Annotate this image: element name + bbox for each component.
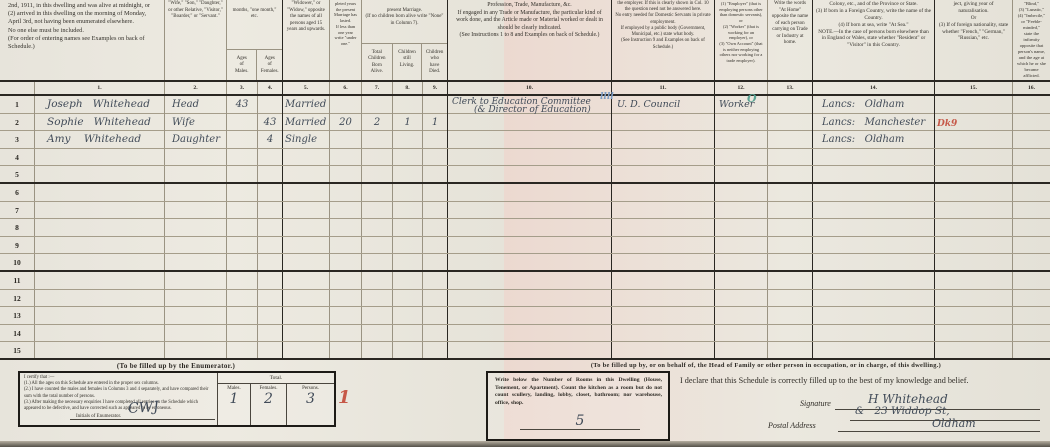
age-males-cell [227,114,258,131]
children-died-cell [423,202,448,219]
age-males-cell [227,290,258,307]
relationship-cell [165,254,227,270]
worker-status-cell [715,290,768,307]
worker-status-cell [715,184,768,201]
age-females-cell [258,254,283,270]
infirmity-cell [1013,114,1050,131]
worker-status-cell [715,325,768,342]
birthplace-cell [813,307,935,324]
row-number: 3 [0,131,35,148]
age-females-cell [258,307,283,324]
table-row: 8 [0,219,1050,237]
colnum-9: 9. [423,82,448,94]
name-cell: Sophie Whitehead [35,114,165,131]
relationship-cell [165,219,227,236]
children-living-cell [393,96,423,114]
col-header-14-birthplace: Colony, etc., and of the Province or Sta… [813,0,935,80]
birthplace-cell [813,342,935,358]
marital-status-cell [283,184,330,201]
enumerator-section-title: (To be filled up by the Enumerator.) [15,362,337,370]
age-males-cell [227,202,258,219]
age-males-cell [227,131,258,148]
birthplace-cell: Lancs: Oldham [813,131,935,148]
colnum-5: 5. [283,82,330,94]
name-cell [35,325,165,342]
worker-status-cell [715,272,768,289]
worker-status-cell [715,166,768,182]
occupation-cell [448,237,612,254]
occupation-cell [448,254,612,270]
at-home-cell [768,114,813,131]
age-males-cell [227,219,258,236]
children-born-cell [362,325,393,342]
children-died-cell [423,237,448,254]
age-females-cell: 4 [258,131,283,148]
birthplace-cell [813,325,935,342]
relationship-cell [165,237,227,254]
col-header-15-nationality: ject, giving year of naturalisation. Or … [935,0,1013,80]
children-living-cell [393,149,423,166]
row-number: 10 [0,254,35,270]
colnum-2: 2. [165,82,227,94]
infirmity-cell [1013,272,1050,289]
birthplace-cell [813,166,935,182]
children-born-cell [362,290,393,307]
colnum-7: 7. [362,82,393,94]
years-married-cell [330,149,362,166]
age-females-cell [258,202,283,219]
relationship-cell [165,290,227,307]
age-females-cell: 43 [258,114,283,131]
at-home-cell [768,342,813,358]
col-header-7-9-children: present Marriage. (If no children born a… [362,0,448,80]
marital-status-cell: Married [283,96,330,114]
children-died-cell [423,325,448,342]
persons-total: 3 [287,391,334,425]
employer-cell [612,131,715,148]
children-living-cell: 1 [393,114,423,131]
at-home-cell [768,131,813,148]
row-number: 13 [0,307,35,324]
col-header-3-4-ages: months, "one month," etc. Ages of Males.… [227,0,283,80]
name-cell [35,272,165,289]
at-home-cell [768,325,813,342]
table-row: 15 [0,342,1050,360]
name-cell [35,342,165,358]
marital-status-cell [283,166,330,182]
age-males-cell [227,342,258,358]
age-males-cell [227,166,258,182]
row-number: 15 [0,342,35,358]
marital-status-cell [283,342,330,358]
children-died-cell [423,219,448,236]
nationality-cell [935,96,1013,114]
children-died-cell: 1 [423,114,448,131]
years-married-cell [330,342,362,358]
marital-status-cell: Single [283,131,330,148]
colnum-12: 12. [715,82,768,94]
occupation-cell: Clerk to Education Committee(& Director … [448,96,612,114]
children-died-cell [423,290,448,307]
colnum-3: 3. [227,82,258,94]
nationality-cell [935,254,1013,270]
colnum-10: 10. [448,82,612,94]
birthplace-cell [813,290,935,307]
col-header-12-employment-status: (1) "Employer" (that is employing person… [715,0,768,80]
colnum-6: 6. [330,82,362,94]
age-females-cell [258,237,283,254]
employer-cell [612,307,715,324]
name-cell [35,166,165,182]
infirmity-cell [1013,131,1050,148]
children-born-cell [362,219,393,236]
persons-label: Persons. [287,384,334,391]
relationship-cell [165,184,227,201]
relationship-cell: Daughter [165,131,227,148]
col-header-10-profession: Profession, Trade, Manufacture, &c. If e… [448,0,612,80]
row-number: 2 [0,114,35,131]
nationality-cell [935,237,1013,254]
children-died-cell [423,131,448,148]
table-row: 12 [0,290,1050,308]
green-check-circle: O [747,92,757,105]
birthplace-cell [813,254,935,270]
nationality-cell [935,149,1013,166]
at-home-cell [768,237,813,254]
colnum-blank [0,82,35,94]
colnum-4: 4. [258,82,283,94]
colnum-14: 14. [813,82,935,94]
postal-address-rule [838,431,1040,432]
row-number: 5 [0,166,35,182]
row-number: 7 [0,202,35,219]
children-died-cell [423,184,448,201]
marital-status-cell [283,325,330,342]
infirmity-cell [1013,184,1050,201]
relationship-cell [165,272,227,289]
occupation-cell [448,342,612,358]
infirmity-cell [1013,290,1050,307]
infirmity-cell [1013,237,1050,254]
name-cell: Joseph Whitehead [35,96,165,114]
marital-status-cell [283,290,330,307]
employer-cell [612,325,715,342]
employer-cell [612,237,715,254]
birthplace-cell [813,184,935,201]
occupation-cell [448,114,612,131]
relationship-cell [165,166,227,182]
employer-cell [612,184,715,201]
children-living-cell [393,184,423,201]
children-living-cell [393,166,423,182]
employer-cell [612,219,715,236]
red-tally-one: 1 [338,387,351,408]
age-females-cell [258,184,283,201]
table-row: 9 [0,237,1050,255]
years-married-cell [330,237,362,254]
rooms-instruction-text: Write below the Number of Rooms in this … [488,373,668,407]
age-males-cell [227,254,258,270]
age-females-cell [258,96,283,114]
relationship-cell [165,325,227,342]
employer-cell: U. D. Council [612,96,715,114]
relationship-cell [165,342,227,358]
worker-status-cell [715,131,768,148]
declaration-text: I declare that this Schedule is correctl… [680,376,1042,385]
children-born-cell [362,342,393,358]
years-married-cell: 20 [330,114,362,131]
table-row: 1 Joseph Whitehead Head 43 Married Clerk… [0,96,1050,114]
at-home-cell [768,290,813,307]
children-died-cell [423,149,448,166]
col-header-ages-females: Ages of Females. [257,50,282,81]
occupation-cell [448,149,612,166]
red-code-mark: Dk9 [937,119,957,129]
table-row: 3 Amy Whitehead Daughter 4 Single Lancs:… [0,131,1050,149]
children-born-cell [362,202,393,219]
at-home-cell [768,254,813,270]
age-males-cell [227,149,258,166]
row-number: 8 [0,219,35,236]
infirmity-cell [1013,307,1050,324]
col-header-16-infirmity: "Blind," (3) "Lunatic," (4) "Imbecile," … [1013,0,1050,80]
children-living-cell [393,342,423,358]
row-number: 6 [0,184,35,201]
children-note: present Marriage. (If no children born a… [362,7,447,43]
children-living-cell [393,290,423,307]
employer-cell [612,149,715,166]
females-total: 2 [251,391,286,425]
children-died-cell [423,272,448,289]
worker-status-cell [715,219,768,236]
blue-tally-marks: llll [600,92,614,102]
col-header-children-died: Children who have Died. [422,44,447,81]
years-married-cell [330,166,362,182]
occupation-cell [448,184,612,201]
children-born-cell [362,149,393,166]
employer-cell [612,114,715,131]
col-header-5-widow: "Widower," or "Widow," opposite the name… [283,0,330,80]
table-row: 14 [0,325,1050,343]
relationship-cell [165,307,227,324]
infirmity-cell [1013,166,1050,182]
at-home-cell [768,219,813,236]
age-females-cell [258,325,283,342]
rooms-box: Write below the Number of Rooms in this … [486,371,670,441]
col-header-6-years-married: pleted years the present Marriage has la… [330,0,362,80]
column-number-row: 1. 2. 3. 4. 5. 6. 7. 8. 9. 10. 11. 12. 1… [0,80,1050,96]
nationality-cell [935,184,1013,201]
schedule-rows: 1 Joseph Whitehead Head 43 Married Clerk… [0,96,1050,360]
children-born-cell [362,166,393,182]
females-label: Females. [251,384,286,391]
employer-cell [612,254,715,270]
age-females-cell [258,166,283,182]
at-home-cell [768,272,813,289]
years-married-cell [330,307,362,324]
birthplace-cell [813,237,935,254]
years-married-cell [330,202,362,219]
at-home-cell [768,166,813,182]
name-cell [35,184,165,201]
worker-status-cell: Worker [715,96,768,114]
postal-address-line1-handwriting: & 23 Widdop St, [855,405,950,417]
name-cell [35,307,165,324]
children-died-cell [423,166,448,182]
table-row: 13 [0,307,1050,325]
postal-address-label: Postal Address [768,421,816,430]
table-row: 11 [0,272,1050,290]
occupation-cell [448,166,612,182]
children-born-cell [362,307,393,324]
marital-status-cell [283,254,330,270]
children-born-cell: 2 [362,114,393,131]
at-home-cell [768,202,813,219]
children-living-cell [393,202,423,219]
row-number: 12 [0,290,35,307]
at-home-cell [768,149,813,166]
years-married-cell [330,325,362,342]
colnum-1: 1. [35,82,165,94]
males-total: 1 [218,391,250,425]
nationality-cell [935,290,1013,307]
name-cell: Amy Whitehead [35,131,165,148]
children-died-cell [423,307,448,324]
marital-status-cell [283,237,330,254]
marital-status-cell [283,307,330,324]
table-row: 7 [0,202,1050,220]
employer-cell [612,166,715,182]
age-females-cell [258,272,283,289]
col-header-11-industry: the employer. If this is clearly shown i… [612,0,715,80]
name-cell [35,202,165,219]
age-males-cell [227,237,258,254]
column-headers: 2nd, 1911, in this dwelling and was aliv… [0,0,1050,80]
employer-cell [612,342,715,358]
nationality-cell [935,131,1013,148]
infirmity-cell [1013,96,1050,114]
birthplace-cell [813,219,935,236]
worker-status-cell [715,254,768,270]
children-living-cell [393,237,423,254]
relationship-cell [165,149,227,166]
children-died-cell [423,254,448,270]
infirmity-cell [1013,202,1050,219]
table-row: 5 [0,166,1050,184]
table-row: 6 [0,184,1050,202]
children-living-cell [393,325,423,342]
nationality-cell [935,219,1013,236]
at-home-cell [768,307,813,324]
occupation-cell [448,202,612,219]
children-born-cell [362,254,393,270]
colnum-13: 13. [768,82,813,94]
years-married-cell [330,131,362,148]
years-married-cell [330,184,362,201]
age-females-cell [258,290,283,307]
birthplace-cell [813,149,935,166]
children-born-cell [362,184,393,201]
totals-header: Total. [218,373,334,384]
name-cell [35,219,165,236]
at-home-cell [768,184,813,201]
infirmity-cell [1013,219,1050,236]
signature-handwriting: H Whitehead [868,392,948,406]
age-females-cell [258,149,283,166]
children-died-cell [423,96,448,114]
table-row: 10 [0,254,1050,272]
colnum-8: 8. [393,82,423,94]
row-number: 9 [0,237,35,254]
relationship-cell [165,202,227,219]
nationality-cell [935,272,1013,289]
marital-status-cell [283,272,330,289]
marital-status-cell [283,149,330,166]
nationality-cell [935,342,1013,358]
col-header-ages-males: Ages of Males. [227,50,257,81]
name-cell [35,290,165,307]
birthplace-cell: Lancs: Oldham [813,96,935,114]
head-section-title: (To be filled up by, or on behalf of, th… [486,362,1046,369]
census-schedule-page: 2nd, 1911, in this dwelling and was aliv… [0,0,1050,447]
birthplace-cell [813,202,935,219]
rooms-count-handwriting: 5 [520,413,640,430]
signature-label: Signature [800,399,831,408]
children-died-cell [423,342,448,358]
children-born-cell [362,237,393,254]
children-living-cell [393,307,423,324]
enumerator-initials-handwriting: CWJ [127,399,159,417]
worker-status-cell [715,307,768,324]
name-cell [35,254,165,270]
col-header-1-instructions: 2nd, 1911, in this dwelling and was aliv… [0,0,165,80]
nationality-cell [935,166,1013,182]
children-living-cell [393,219,423,236]
years-married-cell [330,290,362,307]
years-married-cell [330,254,362,270]
scan-bottom-edge [0,441,1050,447]
infirmity-cell [1013,342,1050,358]
row-number: 14 [0,325,35,342]
occupation-cell [448,290,612,307]
at-home-cell [768,96,813,114]
children-living-cell [393,131,423,148]
years-married-cell [330,219,362,236]
postal-address-line2-handwriting: Oldham [932,417,976,430]
worker-status-cell [715,114,768,131]
occupation-cell [448,307,612,324]
relationship-cell: Wife [165,114,227,131]
occupation-cell [448,131,612,148]
age-males-cell [227,325,258,342]
row-number: 11 [0,272,35,289]
children-born-cell [362,131,393,148]
employer-cell [612,290,715,307]
name-cell [35,149,165,166]
age-males-cell [227,307,258,324]
employer-cell [612,202,715,219]
worker-status-cell [715,202,768,219]
marital-status-cell [283,219,330,236]
age-males-cell: 43 [227,96,258,114]
nationality-cell [935,307,1013,324]
birthplace-cell [813,272,935,289]
marital-status-cell [283,202,330,219]
colnum-11: 11. [612,82,715,94]
years-married-cell [330,96,362,114]
children-born-cell [362,96,393,114]
name-cell [35,237,165,254]
